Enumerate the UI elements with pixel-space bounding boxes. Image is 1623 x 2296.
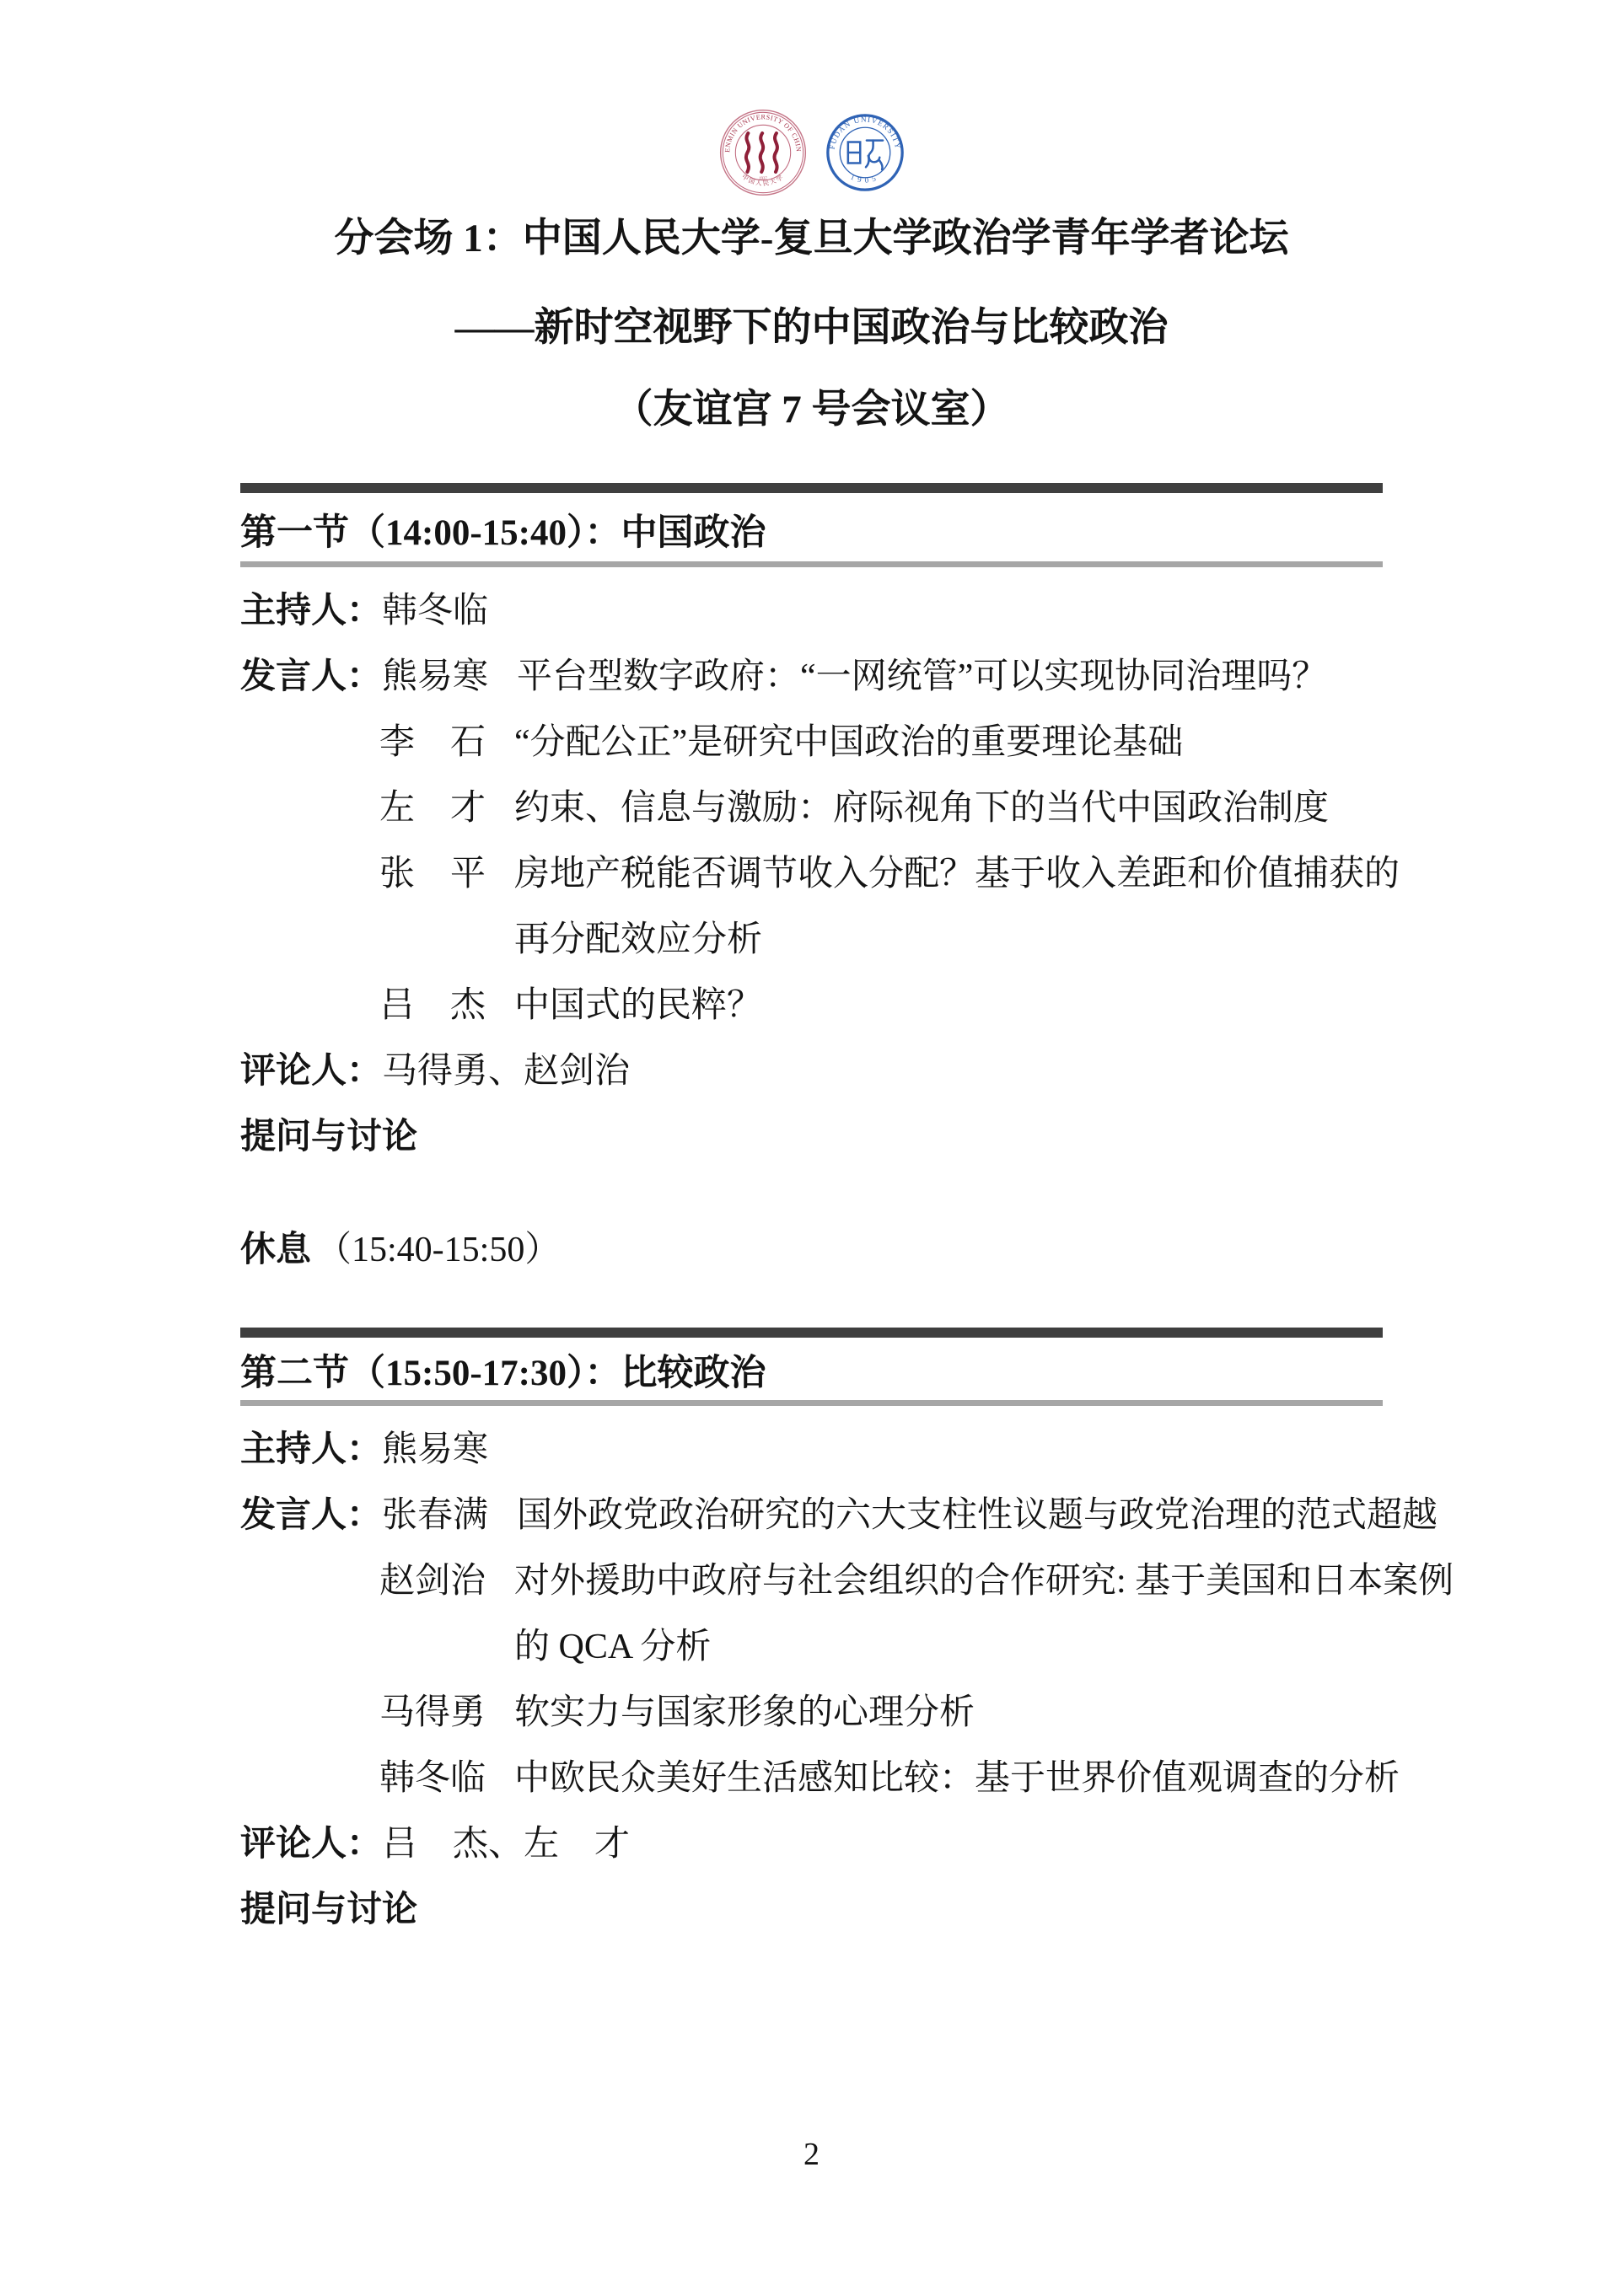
- moderator-name: 熊易寒: [382, 1428, 1383, 1473]
- paper-title: 对外援助中政府与社会组织的合作研究: 基于美国和日本案例: [514, 1559, 1454, 1604]
- speaker-name: 张 平: [379, 852, 514, 897]
- speaker-row: 李 石 “分配公正”是研究中国政治的重要理论基础: [240, 710, 1383, 775]
- speaker-name: 李 石: [379, 721, 514, 765]
- discussants-row: 评论人： 马得勇、赵剑治: [240, 1038, 1383, 1104]
- speaker-row: 赵剑治 对外援助中政府与社会组织的合作研究: 基于美国和日本案例: [240, 1548, 1383, 1614]
- session2-top-divider: [240, 1328, 1383, 1338]
- speaker-row: 发言人： 熊易寒 平台型数字政府：“一网统管”可以实现协同治理吗？: [240, 644, 1383, 710]
- paper-title: 约束、信息与激励：府际视角下的当代中国政治制度: [514, 786, 1383, 831]
- speaker-row: 左 才 约束、信息与激励：府际视角下的当代中国政治制度: [240, 775, 1383, 841]
- speaker-name: 左 才: [379, 786, 514, 831]
- discussants-names: 吕 杰、左 才: [382, 1822, 1383, 1867]
- session2-under-divider: [240, 1400, 1383, 1406]
- paper-title: 国外政党政治研究的六大支柱性议题与政党治理的范式超越: [517, 1494, 1438, 1538]
- speaker-name: 熊易寒: [382, 655, 517, 700]
- header-logos: RENMIN UNIVERSITY OF CHINA 1937 中国人民大学 F…: [718, 108, 906, 197]
- speaker-name: 韩冬临: [379, 1757, 514, 1801]
- speakers-label: 发言人：: [240, 1494, 382, 1538]
- speaker-row: 韩冬临 中欧民众美好生活感知比较：基于世界价值观调查的分析: [240, 1746, 1383, 1811]
- paper-title: 中国式的民粹？: [514, 984, 1383, 1028]
- paper-title: 房地产税能否调节收入分配？基于收入差距和价值捕获的: [514, 852, 1400, 897]
- paper-title-continuation: 再分配效应分析: [514, 918, 1383, 963]
- speakers-label: 发言人：: [240, 655, 382, 700]
- speaker-row-continuation: 再分配效应分析: [240, 907, 1383, 973]
- speaker-name: 张春满: [382, 1494, 517, 1538]
- moderator-name: 韩冬临: [382, 589, 1383, 634]
- conference-program-page: RENMIN UNIVERSITY OF CHINA 1937 中国人民大学 F…: [0, 0, 1623, 2296]
- session2-header: 第二节（15:50-17:30）：比较政治: [240, 1355, 766, 1393]
- session1-header: 第一节（14:00-15:40）：中国政治: [240, 514, 766, 553]
- speaker-row: 张 平 房地产税能否调节收入分配？基于收入差距和价值捕获的: [240, 841, 1383, 907]
- break-row: 休息 （15:40-15:50）: [240, 1224, 560, 1269]
- paper-title: 中欧民众美好生活感知比较：基于世界价值观调查的分析: [514, 1757, 1400, 1801]
- speaker-name: 马得勇: [379, 1691, 514, 1735]
- session1-body: 主持人： 韩冬临 发言人： 熊易寒 平台型数字政府：“一网统管”可以实现协同治理…: [240, 578, 1383, 1170]
- qa-heading: 提问与讨论: [240, 1877, 1383, 1943]
- break-heading: 休息: [240, 1221, 311, 1272]
- moderator-label: 主持人：: [240, 589, 382, 634]
- discussants-label: 评论人：: [240, 1049, 382, 1094]
- discussants-label: 评论人：: [240, 1822, 382, 1867]
- break-time: （15:40-15:50）: [316, 1221, 560, 1272]
- speaker-row: 马得勇 软实力与国家形象的心理分析: [240, 1680, 1383, 1746]
- page-title-line1: 分会场 1：中国人民大学-复旦大学政治学青年学者论坛: [240, 219, 1383, 259]
- paper-title: 平台型数字政府：“一网统管”可以实现协同治理吗？: [517, 655, 1383, 700]
- discussants-names: 马得勇、赵剑治: [382, 1049, 1383, 1094]
- speaker-row-continuation: 的 QCA 分析: [240, 1614, 1383, 1680]
- speaker-name: 吕 杰: [379, 984, 514, 1028]
- session1-under-divider: [240, 561, 1383, 567]
- discussants-row: 评论人： 吕 杰、左 才: [240, 1811, 1383, 1877]
- fudan-logo: FUDAN UNIVERSITY 1905: [825, 112, 906, 193]
- page-title-line3: （友谊宫 7 号会议室）: [240, 390, 1383, 430]
- paper-title: 软实力与国家形象的心理分析: [514, 1691, 1383, 1735]
- paper-title-continuation: 的 QCA 分析: [514, 1625, 1383, 1670]
- moderator-row: 主持人： 熊易寒: [240, 1417, 1383, 1483]
- paper-title: “分配公正”是研究中国政治的重要理论基础: [514, 721, 1383, 765]
- moderator-row: 主持人： 韩冬临: [240, 578, 1383, 644]
- speaker-name: 赵剑治: [379, 1559, 514, 1604]
- speaker-row: 吕 杰 中国式的民粹？: [240, 973, 1383, 1038]
- qa-heading: 提问与讨论: [240, 1104, 1383, 1170]
- page-title-line2: ——新时空视野下的中国政治与比较政治: [240, 308, 1383, 348]
- session1-top-divider: [240, 483, 1383, 493]
- ruc-logo: RENMIN UNIVERSITY OF CHINA 1937 中国人民大学: [718, 108, 808, 197]
- moderator-label: 主持人：: [240, 1428, 382, 1473]
- speaker-row: 发言人： 张春满 国外政党政治研究的六大支柱性议题与政党治理的范式超越: [240, 1483, 1383, 1548]
- session2-body: 主持人： 熊易寒 发言人： 张春满 国外政党政治研究的六大支柱性议题与政党治理的…: [240, 1417, 1383, 1943]
- page-number: 2: [240, 2136, 1383, 2173]
